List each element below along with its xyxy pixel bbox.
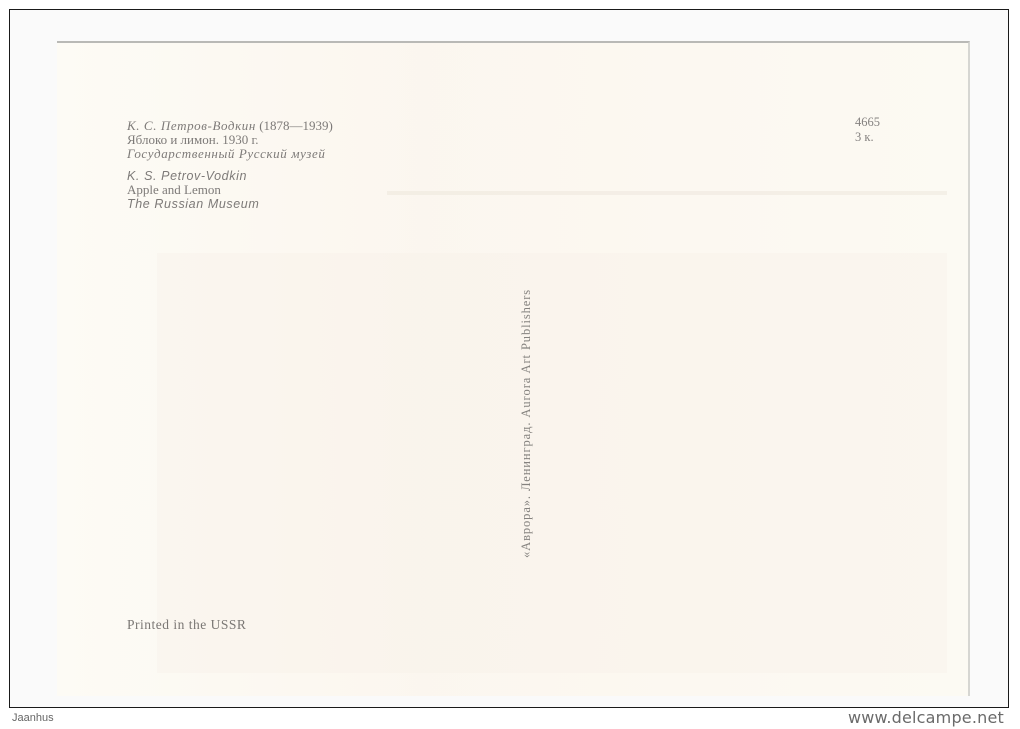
caption-ru-artist-line: К. С. Петров-Водкин (1878—1939) — [127, 119, 333, 133]
caption-ru-years: (1878—1939) — [259, 118, 333, 133]
caption-ru-museum: Государственный Русский музей — [127, 147, 333, 161]
publisher-line: «Аврора». Ленинград. Aurora Art Publishe… — [519, 289, 534, 558]
image-frame: К. С. Петров-Водкин (1878—1939) Яблоко и… — [9, 9, 1009, 708]
catalog-number: 4665 — [855, 115, 880, 130]
postcard-back: К. С. Петров-Водкин (1878—1939) Яблоко и… — [57, 41, 970, 696]
printed-in: Printed in the USSR — [127, 617, 246, 633]
show-through-line — [387, 191, 947, 195]
site-watermark: www.delcampe.net — [848, 708, 1004, 727]
caption-en-museum: The Russian Museum — [127, 197, 333, 211]
caption-ru-title: Яблоко и лимон. 1930 г. — [127, 133, 333, 147]
catalog-block: 4665 3 к. — [855, 115, 880, 145]
caption-ru-artist: К. С. Петров-Водкин — [127, 118, 256, 133]
caption-en-artist: K. S. Petrov-Vodkin — [127, 169, 333, 183]
caption-en-title: Apple and Lemon — [127, 183, 333, 197]
seller-name: Jaanhus — [12, 712, 54, 724]
caption-block: К. С. Петров-Водкин (1878—1939) Яблоко и… — [127, 119, 333, 211]
show-through-area — [157, 253, 947, 673]
price: 3 к. — [855, 130, 880, 145]
